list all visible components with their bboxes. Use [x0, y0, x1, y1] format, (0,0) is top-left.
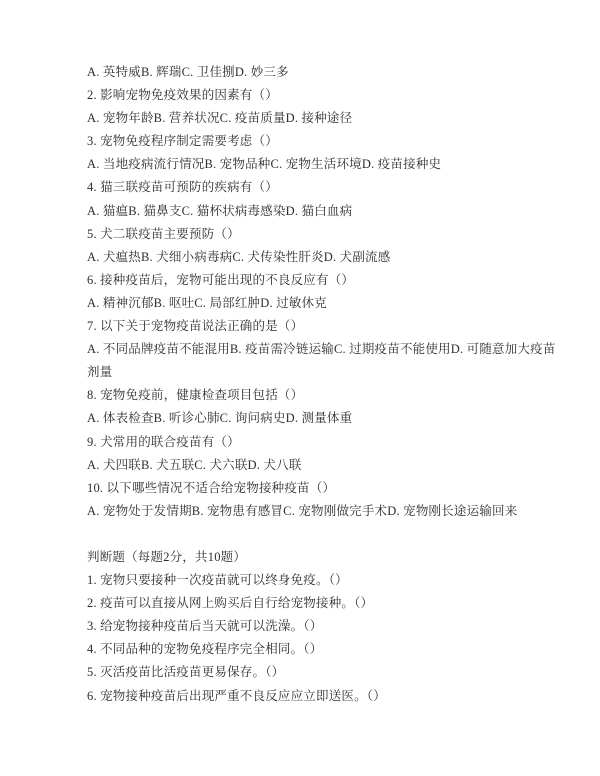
question-line: A. 犬瘟热B. 犬细小病毒病C. 犬传染性肝炎D. 犬副流感 — [87, 246, 550, 269]
question-line: 3. 宠物免疫程序制定需要考虑（） — [87, 130, 550, 153]
judgement-line: 6. 宠物接种疫苗后出现严重不良反应应立即送医。（） — [87, 685, 550, 708]
question-line: A. 宠物年龄B. 营养状况C. 疫苗质量D. 接种途径 — [87, 107, 550, 130]
question-line: A. 精神沉郁B. 呕吐C. 局部红肿D. 过敏休克 — [87, 292, 550, 315]
judgement-line: 4. 不同品种的宠物免疫程序完全相同。（） — [87, 638, 550, 661]
question-line: 2. 影响宠物免疫效果的因素有（） — [87, 84, 550, 107]
multiple-choice-section: A. 英特威B. 辉瑞C. 卫佳捌D. 妙三多2. 影响宠物免疫效果的因素有（）… — [87, 61, 550, 523]
blank-line — [87, 523, 550, 546]
question-line: 7. 以下关于宠物疫苗说法正确的是（） — [87, 315, 550, 338]
question-line: A. 当地疫病流行情况B. 宠物品种C. 宠物生活环境D. 疫苗接种史 — [87, 153, 550, 176]
question-line: 4. 猫三联疫苗可预防的疾病有（） — [87, 176, 550, 199]
judgement-line: 3. 给宠物接种疫苗后当天就可以洗澡。（） — [87, 615, 550, 638]
judgement-line: 1. 宠物只要接种一次疫苗就可以终身免疫。（） — [87, 569, 550, 592]
question-line: A. 猫瘟B. 猫鼻支C. 猫杯状病毒感染D. 猫白血病 — [87, 200, 550, 223]
document-page: A. 英特威B. 辉瑞C. 卫佳捌D. 妙三多2. 影响宠物免疫效果的因素有（）… — [0, 0, 600, 776]
question-line: A. 犬四联B. 犬五联C. 犬六联D. 犬八联 — [87, 454, 550, 477]
judgement-line: 5. 灭活疫苗比活疫苗更易保存。（） — [87, 661, 550, 684]
question-line: A. 体表检查B. 听诊心肺C. 询问病史D. 测量体重 — [87, 407, 550, 430]
judgement-section: 1. 宠物只要接种一次疫苗就可以终身免疫。（）2. 疫苗可以直接从网上购买后自行… — [87, 569, 550, 708]
judgement-line: 2. 疫苗可以直接从网上购买后自行给宠物接种。（） — [87, 592, 550, 615]
question-line: 6. 接种疫苗后，宠物可能出现的不良反应有（） — [87, 269, 550, 292]
question-line: 9. 犬常用的联合疫苗有（） — [87, 431, 550, 454]
question-line: 8. 宠物免疫前，健康检查项目包括（） — [87, 384, 550, 407]
question-line: A. 宠物处于发情期B. 宠物患有感冒C. 宠物刚做完手术D. 宠物刚长途运输回… — [87, 500, 550, 523]
question-line: A. 不同品牌疫苗不能混用B. 疫苗需冷链运输C. 过期疫苗不能使用D. 可随意… — [87, 338, 550, 361]
question-line: A. 英特威B. 辉瑞C. 卫佳捌D. 妙三多 — [87, 61, 550, 84]
question-line: 10. 以下哪些情况不适合给宠物接种疫苗（） — [87, 477, 550, 500]
judgement-section-header: 判断题（每题2分，共10题） — [87, 546, 550, 569]
question-line: 5. 犬二联疫苗主要预防（） — [87, 223, 550, 246]
question-line: 剂量 — [87, 361, 550, 384]
